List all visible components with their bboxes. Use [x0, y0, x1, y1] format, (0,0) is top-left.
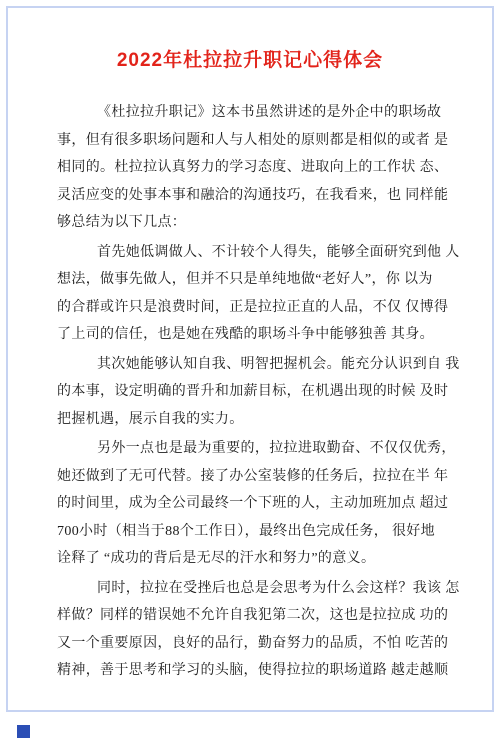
text-line: 想法，做事先做人，但并不只是单纯地做“老好人”，你 以为 [57, 266, 451, 294]
text-line: 样做？同样的错误她不允许自我犯第二次，这也是拉拉成 功的 [57, 602, 451, 630]
document-body: 《杜拉拉升职记》这本书虽然讲述的是外企中的职场故 事，但有很多职场问题和人与人相… [57, 99, 451, 687]
text-line: 《杜拉拉升职记》这本书虽然讲述的是外企中的职场故 [57, 99, 451, 127]
text-line: 事，但有很多职场问题和人与人相处的原则都是相似的或者 是 [57, 127, 451, 155]
text-line: 首先她低调做人、不计较个人得失，能够全面研究到他 人 [57, 239, 451, 267]
text-line: 灵活应变的处事本事和融洽的沟通技巧，在我看来，也 同样能 [57, 182, 451, 210]
text-line: 的时间里，成为全公司最终一个下班的人，主动加班加点 超过 [57, 490, 451, 518]
text-line: 另外一点也是最为重要的，拉拉进取勤奋、不仅仅优秀， [57, 435, 451, 463]
text-line: 其次她能够认知自我、明智把握机会。能充分认识到自 我 [57, 351, 451, 379]
paragraph-third-point: 另外一点也是最为重要的，拉拉进取勤奋、不仅仅优秀， 她还做到了无可代替。接了办公… [57, 435, 451, 573]
text-line: 相同的。杜拉拉认真努力的学习态度、进取向上的工作状 态、 [57, 154, 451, 182]
text-line: 的本事，设定明确的晋升和加薪目标，在机遇出现的时候 及时 [57, 378, 451, 406]
paragraph-first-point: 首先她低调做人、不计较个人得失，能够全面研究到他 人 想法，做事先做人，但并不只… [57, 239, 451, 349]
text-line: 700小时（相当于88个工作日），最终出色完成任务， 很好地 [57, 518, 451, 546]
paragraph-reflection: 同时，拉拉在受挫后也总是会思考为什么会这样？我该 怎 样做？同样的错误她不允许自… [57, 575, 451, 685]
paragraph-intro: 《杜拉拉升职记》这本书虽然讲述的是外企中的职场故 事，但有很多职场问题和人与人相… [57, 99, 451, 237]
paragraph-second-point: 其次她能够认知自我、明智把握机会。能充分认识到自 我 的本事，设定明确的晋升和加… [57, 351, 451, 434]
text-line: 够总结为以下几点： [57, 209, 451, 237]
page-title: 2022年杜拉拉升职记心得体会 [0, 45, 500, 72]
text-line: 精神，善于思考和学习的头脑，使得拉拉的职场道路 越走越顺 [57, 657, 451, 685]
resize-handle-icon[interactable] [17, 725, 30, 738]
text-line: 又一个重要原因，良好的品行，勤奋努力的品质，不怕 吃苦的 [57, 630, 451, 658]
text-line: 诠释了 “成功的背后是无尽的汗水和努力”的意义。 [57, 545, 451, 573]
text-line: 把握机遇，展示自我的实力。 [57, 406, 451, 434]
text-line: 她还做到了无可代替。接了办公室装修的任务后，拉拉在半 年 [57, 463, 451, 491]
text-line: 了上司的信任，也是她在残酷的职场斗争中能够独善 其身。 [57, 321, 451, 349]
text-line: 的合群或许只是浪费时间，正是拉拉正直的人品，不仅 仅博得 [57, 294, 451, 322]
document-page: 2022年杜拉拉升职记心得体会 《杜拉拉升职记》这本书虽然讲述的是外企中的职场故… [0, 0, 500, 738]
text-line: 同时，拉拉在受挫后也总是会思考为什么会这样？我该 怎 [57, 575, 451, 603]
